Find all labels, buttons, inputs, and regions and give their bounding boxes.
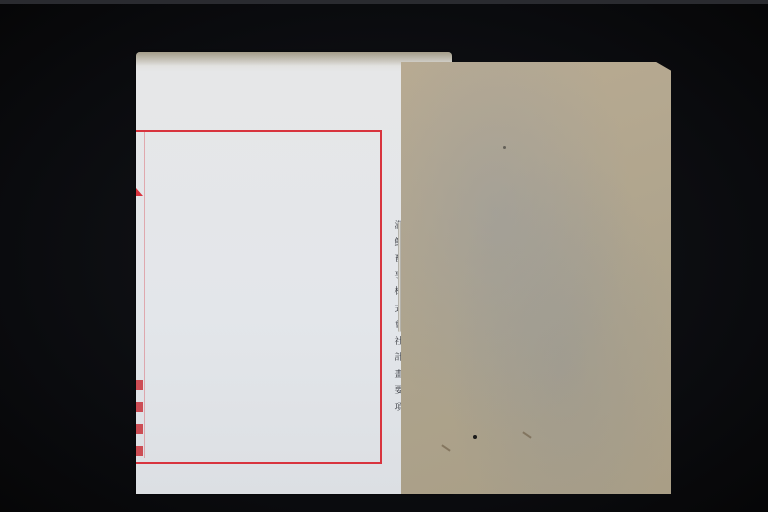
edge-red-marks [136,380,144,508]
red-mark [136,402,143,412]
red-mark [136,446,143,456]
ink-spot [503,146,506,149]
red-mark [136,380,143,390]
paper-discoloration [401,62,671,494]
binding-cord [398,222,401,332]
red-mark [136,424,143,434]
red-ruled-border [136,130,382,464]
inner-margin-line [144,132,145,458]
tan-back-sheet [401,62,671,494]
top-edge-strip [0,0,768,4]
ink-spot [473,435,477,439]
